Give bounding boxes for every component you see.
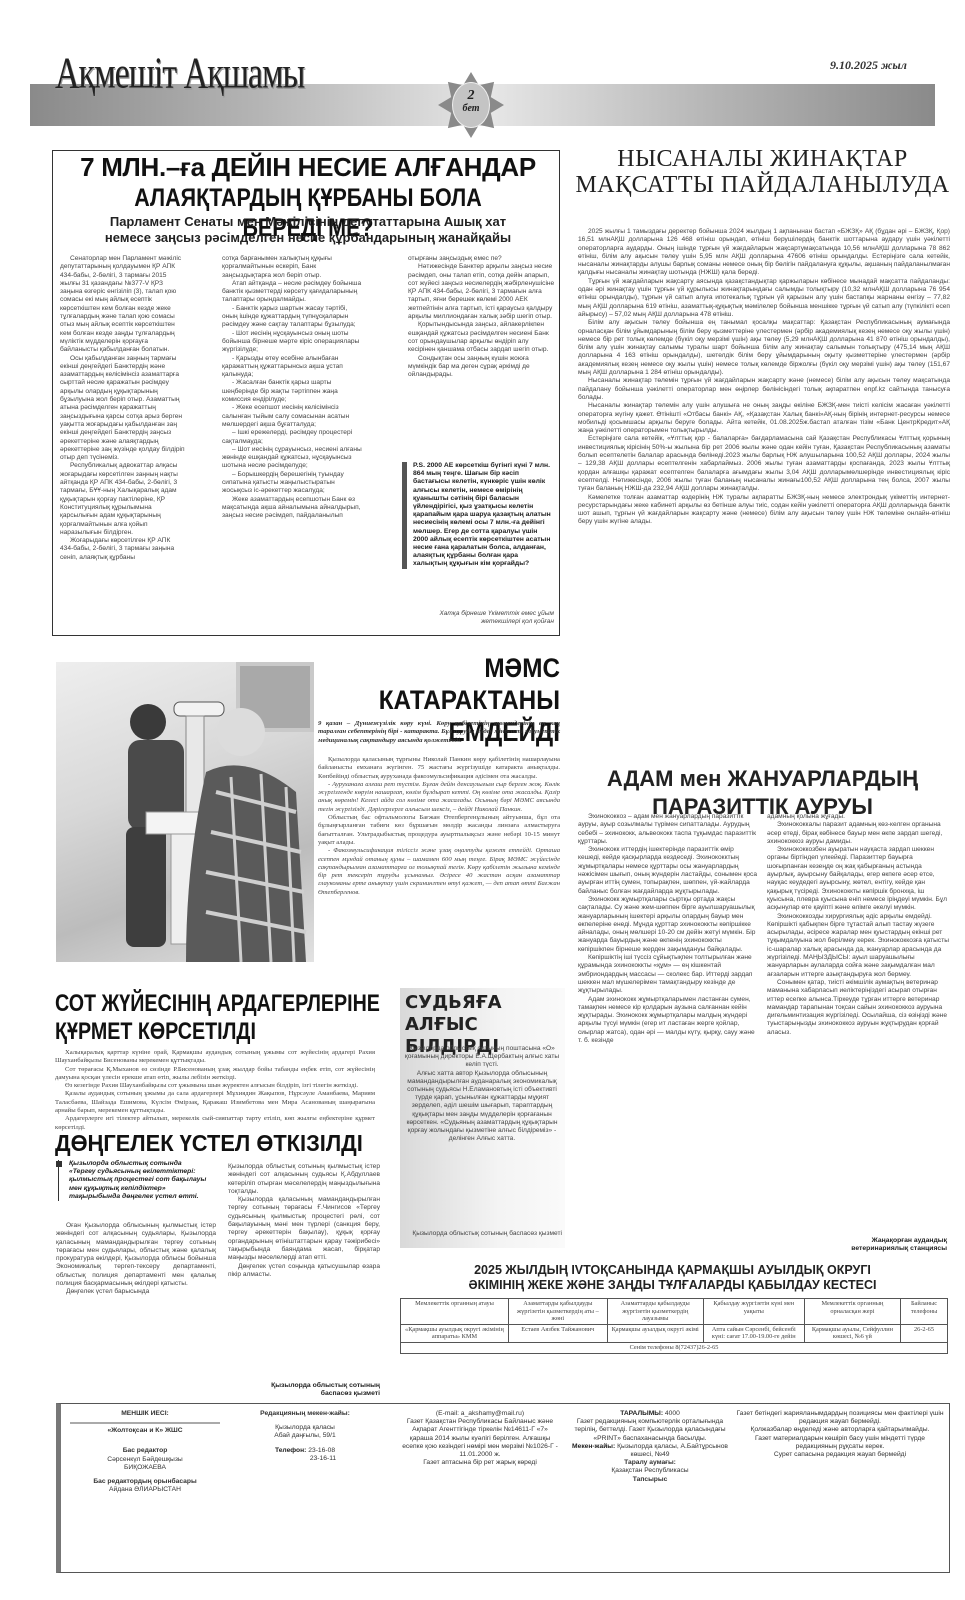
paragraph: - Шот иесінің нұсқауынсыз оның шоты бойы… <box>222 330 362 355</box>
paragraph: Кәмелетке толған азаматтар өздерінің НЖ … <box>578 494 950 527</box>
circulation-label: ТАРАЛЫМЫ: <box>620 1410 663 1417</box>
hotline-cell: Сенім телефоны 8(72437)26-2-65 <box>401 1342 948 1353</box>
column-header: Азаматтарды қабылдауды жүргізетін қызмет… <box>508 1299 607 1325</box>
paragraph: Сондықтан осы заңның күшін жоюға мүмкінд… <box>408 355 556 380</box>
column-header: Азаматтарды қабылдауды жүргізетін қызмет… <box>607 1299 703 1325</box>
paragraph: Алғыс хатта автор Қызылорда облысының ма… <box>402 1070 562 1144</box>
article-judge-body: Қызылорда облыстық сотының поштасына «О»… <box>402 1045 562 1143</box>
headline-line-1: МӘМС КАТАРАКТАНЫ <box>342 652 560 716</box>
divider <box>70 1422 220 1424</box>
title-line-2: ӘКІМІНІҢ ЖЕКЕ ЖӘНЕ ЗАҢДЫ ТҰЛҒАЛАРДЫ ҚАБЫ… <box>395 1278 950 1293</box>
article-credit-headline-1: 7 МЛН.–ға ДЕЙІН НЕСИЕ АЛҒАНДАР <box>58 152 558 182</box>
article-roundtable-column-1: Оған Қызылорда облысының қылмыстық істер… <box>56 1222 216 1297</box>
address-label: Редакцияның мекен-жайы: <box>250 1410 360 1418</box>
disclaimer-line: Газет материалдарын көшіріп басу үшін мі… <box>735 1435 945 1451</box>
article-parasites-column-1: Эхинококкоз – адам мен жануарлардың пара… <box>578 813 758 1045</box>
paragraph: Көпіршіктің іші түссіз сұйықтықпен толты… <box>578 954 758 995</box>
issue-date: 9.10.2025 жыл <box>830 58 907 73</box>
imprint-address: Редакцияның мекен-жайы: Қызылорда қаласы… <box>250 1410 360 1463</box>
paragraph: Жоғарыдағы көрсетілген ҚР АПК 434-бабы, … <box>60 537 185 562</box>
photo-illustration-icon <box>56 662 314 962</box>
paragraph: Сонымен қатар, тиісті әкімшілік аумақтың… <box>767 979 950 1037</box>
table-cell: Қармақшы ауылдық округі әкімі <box>607 1324 703 1342</box>
paragraph: 2025 жылғы 1 тамыздағы деректер бойынша … <box>578 228 950 278</box>
paragraph: сотқа барғанымен халықтың құқығы қорғалм… <box>222 255 362 280</box>
table-cell: Апта сайын Сәрсенбі, бейсенбі күні: саға… <box>703 1324 804 1342</box>
owner-label: МЕНШІК ИЕСІ: <box>70 1410 220 1418</box>
page-number-badge: 2 бет <box>438 72 504 138</box>
paragraph: Жеке азаматтардың есепшотын Банк өз мақс… <box>222 496 362 521</box>
bullet-square-icon <box>56 1161 62 1167</box>
paragraph: Қызылорда қаласының мамандандырылған тер… <box>228 1196 380 1262</box>
column-header: Байланыс телефоны <box>901 1299 948 1325</box>
article-credit-column-3: отырғаны заңсыздық емес пе? Нәтижесінде … <box>408 255 556 379</box>
article-credit-column-1: Сенаторлар мен Парламент мәжіліс депутат… <box>60 255 185 562</box>
imprint-registration: (E-mail: a_akshamy@mail.ru) Газет Қазақс… <box>400 1410 560 1467</box>
paragraph: - Факоэмульсификация тігіссіз және ұзақ … <box>318 847 560 897</box>
photo-eye-examination <box>56 662 314 962</box>
article-credit-column-2: сотқа барғанымен халықтың құқығы қорғалм… <box>222 255 362 521</box>
headline-line-1: АДАМ мен ЖАНУАРЛАРДЫҢ <box>575 765 950 793</box>
paragraph: - Жасалған банктік қарыз шарты шеңберінд… <box>222 379 362 404</box>
paragraph: - Ауруханаға алғаш рет түстім. Бұған дей… <box>318 781 560 814</box>
address-line-2: Абай даңғылы, 59/1 <box>250 1432 360 1440</box>
disclaimer-line: Сурет сапасына редакция жауап бермейді <box>735 1451 945 1459</box>
article-roundtable-headline: ДӨҢГЕЛЕК ҮСТЕЛ ӨТКІЗІЛДІ <box>55 1130 369 1156</box>
deputy-editor-name: Айдана ӘЛИАРЫСТАН <box>70 1486 220 1494</box>
table-footer-row: Сенім телефоны 8(72437)26-2-65 <box>401 1342 948 1353</box>
article-roundtable-column-2: Қызылорда облыстық сотының қылмыстық іст… <box>228 1163 380 1279</box>
page-label: бет <box>453 103 489 115</box>
print-address: Қызылорда қаласы, А.Байтұрсынов көшесі, … <box>617 1443 728 1458</box>
article-cataract-body: Қызылорда қаласының тұрғыны Николай Панк… <box>318 756 560 897</box>
article-cataract-lead: 9 қазан – Дүниежүзілік көру күні. Көру қ… <box>318 720 560 745</box>
signature-line-1: Жаңақорған аудандық <box>767 1237 947 1245</box>
paragraph: Қорытындысында заңсыз, айлакерлікпен ешқ… <box>408 321 556 354</box>
paragraph: Естеріңізге сала кетейік, «Ұлттық қор - … <box>578 435 950 493</box>
signature-line-2: ветеринариялық станциясы <box>767 1245 947 1253</box>
printing-info: Газет редакцияның компьютерлік орталығын… <box>570 1418 730 1443</box>
paragraph: Республикалық адвокаттар алқасы жоғарыда… <box>60 462 185 537</box>
paragraph: Тұрғын үй жағдайларын жақсарту аясында қ… <box>578 278 950 319</box>
paragraph: – Шот иесінің сұрауынсыз, несиені алғаны… <box>222 446 362 471</box>
title-line-1: 2025 ЖЫЛДЫҢ IVТОҚСАНЫНДА ҚАРМАҚШЫ АУЫЛДЫ… <box>395 1263 950 1278</box>
paragraph: Эхинококкозды хирургиялық әдіс арқылы ем… <box>767 913 950 979</box>
paragraph: Атап айтқанда – несие рәсімдеу бойынша б… <box>222 280 362 305</box>
paragraph: Эхинококкозбен ауыратын науқаста зардап … <box>767 846 950 912</box>
newspaper-logo: Ақмешіт Ақшамы <box>55 50 304 99</box>
subtitle-line-1: Парламент Сенаты мен Мәжілісінің депутат… <box>58 214 558 230</box>
article-credit-signature: Хатқа бірнеше Үкіметтік емес ұйым жетекш… <box>404 610 554 626</box>
owner-name: «Жолтоқсан и К» ЖШС <box>70 1427 220 1435</box>
paragraph: Білім алу ақысын төлеу бойынша ең таныма… <box>578 319 950 377</box>
table-cell: 26-2-65 <box>901 1324 948 1342</box>
paragraph: Нысаналы жинақтар төлемін тұрғын үй жағд… <box>578 377 950 402</box>
paragraph: Қазалы аудандық сотының ұжымы да сала ар… <box>55 1090 375 1115</box>
paragraph: Дөңгелек үстел соңында қатысушылар өзара… <box>228 1263 380 1280</box>
circulation-value: 4000 <box>665 1410 680 1417</box>
article-savings-body: 2025 жылғы 1 тамыздағы деректер бойынша … <box>578 228 950 527</box>
phone-1: 23-16-08 <box>308 1447 335 1454</box>
paragraph: Сенаторлар мен Парламент мәжіліс депутат… <box>60 255 185 355</box>
paragraph: Эхинококк иттердің ішектерінде паразитті… <box>578 846 758 896</box>
paragraph: Қызылорда қаласының тұрғыны Николай Панк… <box>318 756 560 781</box>
paragraph: Адам эхинококк жұмыртқаларымен ластанған… <box>578 996 758 1046</box>
print-address-label: Мекен-жайы: <box>572 1443 615 1450</box>
registration-text: Газет Қазақстан Республикасы Байланыс жә… <box>400 1418 560 1459</box>
column-header: Қабылдау жүргізетін күні мен уақыты <box>703 1299 804 1325</box>
reception-schedule-table: Мемлекеттік органның атауы Азаматтарды қ… <box>400 1298 948 1354</box>
table-row: «Қармақшы ауылдық округі әкімінің аппара… <box>401 1324 948 1342</box>
headline-line-2: ҚҰРМЕТ КӨРСЕТІЛДІ <box>55 1018 326 1046</box>
table-header-row: Мемлекеттік органның атауы Азаматтарды қ… <box>401 1299 948 1325</box>
chief-editor-name: Сәрсенкүл Бәйдешқызы <box>70 1456 220 1464</box>
paragraph: адамның қолына жұғады. <box>767 813 950 821</box>
paragraph: Қызылорда облыстық сотының поштасына «О»… <box>402 1045 562 1070</box>
paragraph: Облыстың бас офтальмологы Бағжан Өтепбер… <box>318 814 560 847</box>
chief-editor-label: Бас редактор <box>70 1447 220 1455</box>
imprint-circulation: ТАРАЛЫМЫ: 4000 Газет редакцияның компьют… <box>570 1410 730 1484</box>
paragraph: - Қарызды өтеу есебіне алынбаған қаражат… <box>222 355 362 380</box>
chief-editor-surname: БИҚОЖАЕВА <box>70 1464 220 1472</box>
paragraph: Эхинококкалы паразит адамның көз-келген … <box>767 821 950 846</box>
distribution-area: Қазақстан Республикасы <box>570 1467 730 1475</box>
table-cell: «Қармақшы ауылдық округі әкімінің аппара… <box>401 1324 509 1342</box>
headline-line-1: СОТ ЖҮЙЕСІНІҢ АРДАГЕРЛЕРІНЕ <box>55 990 326 1018</box>
article-credit-subtitle: Парламент Сенаты мен Мәжілісінің депутат… <box>58 214 558 246</box>
disclaimer-line: Газет бетіндегі жарияланымдардың позиция… <box>735 1410 945 1426</box>
article-veterans-body: Халықаралық қарттар күніне орай, Қармақш… <box>55 1049 375 1132</box>
paragraph: – Ішкі ережелерді, рәсімдеу процестері с… <box>222 429 362 446</box>
paragraph: Нысаналы жинақтар төлемін алу үшін алушы… <box>578 402 950 435</box>
signature-line-1: Қызылорда облыстық сотының <box>228 1382 380 1390</box>
article-veterans-headline: СОТ ЖҮЙЕСІНІҢ АРДАГЕРЛЕРІНЕ ҚҰРМЕТ КӨРСЕ… <box>55 990 326 1046</box>
paragraph: Өз кезегінде Рахия Шауханбайқызы сот ұжы… <box>55 1082 375 1090</box>
order-label: Тапсырыс <box>570 1476 730 1484</box>
paragraph: - Жеке есепшот иесінің келісімінсіз салы… <box>222 404 362 429</box>
article-roundtable-lead: Қызылорда облыстық сотында «Тергеу судья… <box>58 1160 208 1201</box>
masthead-band-right <box>492 84 935 126</box>
table-cell: Естаев Аязбек Тайжанович <box>508 1324 607 1342</box>
paragraph: Халықаралық қарттар күніне орай, Қармақш… <box>55 1049 375 1066</box>
table-cell: Қармақшы ауылы, Сейфуллин көшесі, №6 үй <box>804 1324 900 1342</box>
article-parasites-signature: Жаңақорған аудандық ветеринариялық станц… <box>767 1237 947 1253</box>
signature-line-2: баспасөз қызметі <box>228 1390 380 1398</box>
column-header: Мемлекеттік органның атауы <box>401 1299 509 1325</box>
disclaimer-line: Қолжазбалар өңделеді және авторларға қай… <box>735 1426 945 1434</box>
paragraph: - Банктік қарыз шартын жасау тәртібі, он… <box>222 305 362 330</box>
paragraph: – Борышкердің берешегінің туындау сипаты… <box>222 471 362 496</box>
paragraph: Эхинококкоз – адам мен жануарлардың пара… <box>578 813 758 846</box>
article-parasites-column-2: адамның қолына жұғады. Эхинококкалы пара… <box>767 813 950 1037</box>
publication-frequency: Газет аптасына бір рет жарық көреді <box>400 1459 560 1467</box>
email-link[interactable]: (E-mail: a_akshamy@mail.ru) <box>400 1410 560 1418</box>
subtitle-line-2: немесе заңсыз рәсімделген несие құрбанда… <box>58 230 558 246</box>
paragraph: Нәтижесінде Банктер арқылы заңсыз несие … <box>408 263 556 321</box>
paragraph: Сот төрағасы Қ.Мыханов өз сөзінде Р.Бисе… <box>55 1066 375 1083</box>
paragraph: Дөңгелек үстел барысында <box>56 1288 216 1296</box>
phone-2: 23-16-11 <box>250 1455 360 1463</box>
article-judge-signature: Қызылорда облыстық сотының баспасөз қызм… <box>402 1230 562 1238</box>
paragraph: Қызылорда облыстық сотының қылмыстық іст… <box>228 1163 380 1196</box>
page-number: 2 <box>453 89 489 103</box>
schedule-title: 2025 ЖЫЛДЫҢ IVТОҚСАНЫНДА ҚАРМАҚШЫ АУЫЛДЫ… <box>395 1263 950 1293</box>
paragraph: Эхинококк жұмыртқалары сыртқы ортада жақ… <box>578 896 758 954</box>
paragraph: Осы қабылданған заңның тармағы екінші де… <box>60 355 185 463</box>
imprint-disclaimer: Газет бетіндегі жарияланымдардың позиция… <box>735 1410 945 1459</box>
column-header: Мемлекеттік органның орналасқан жері <box>804 1299 900 1325</box>
phone-label: Телефон: <box>275 1447 306 1454</box>
article-credit-postscript: P.S. 2000 АЕ көрсеткіш бүгінгі күні 7 мл… <box>402 462 554 569</box>
paragraph: Оған Қызылорда облысының қылмыстық істер… <box>56 1222 216 1288</box>
article-savings-headline: НЫСАНАЛЫ ЖИНАҚТАР МАҚСАТТЫ ПАЙДАЛАНЫЛУДА <box>575 146 950 198</box>
headline-line-1: СУДЬЯҒА <box>405 992 565 1014</box>
article-roundtable-signature: Қызылорда облыстық сотының баспасөз қызм… <box>228 1382 380 1398</box>
imprint-owner: МЕНШІК ИЕСІ: «Жолтоқсан и К» ЖШС Бас ред… <box>70 1410 220 1494</box>
deputy-editor-label: Бас редактордың орынбасары <box>70 1478 220 1486</box>
lead-text: Қызылорда облыстық сотында «Тергеу судья… <box>69 1160 206 1200</box>
page-number-oval: 2 бет <box>452 82 490 128</box>
